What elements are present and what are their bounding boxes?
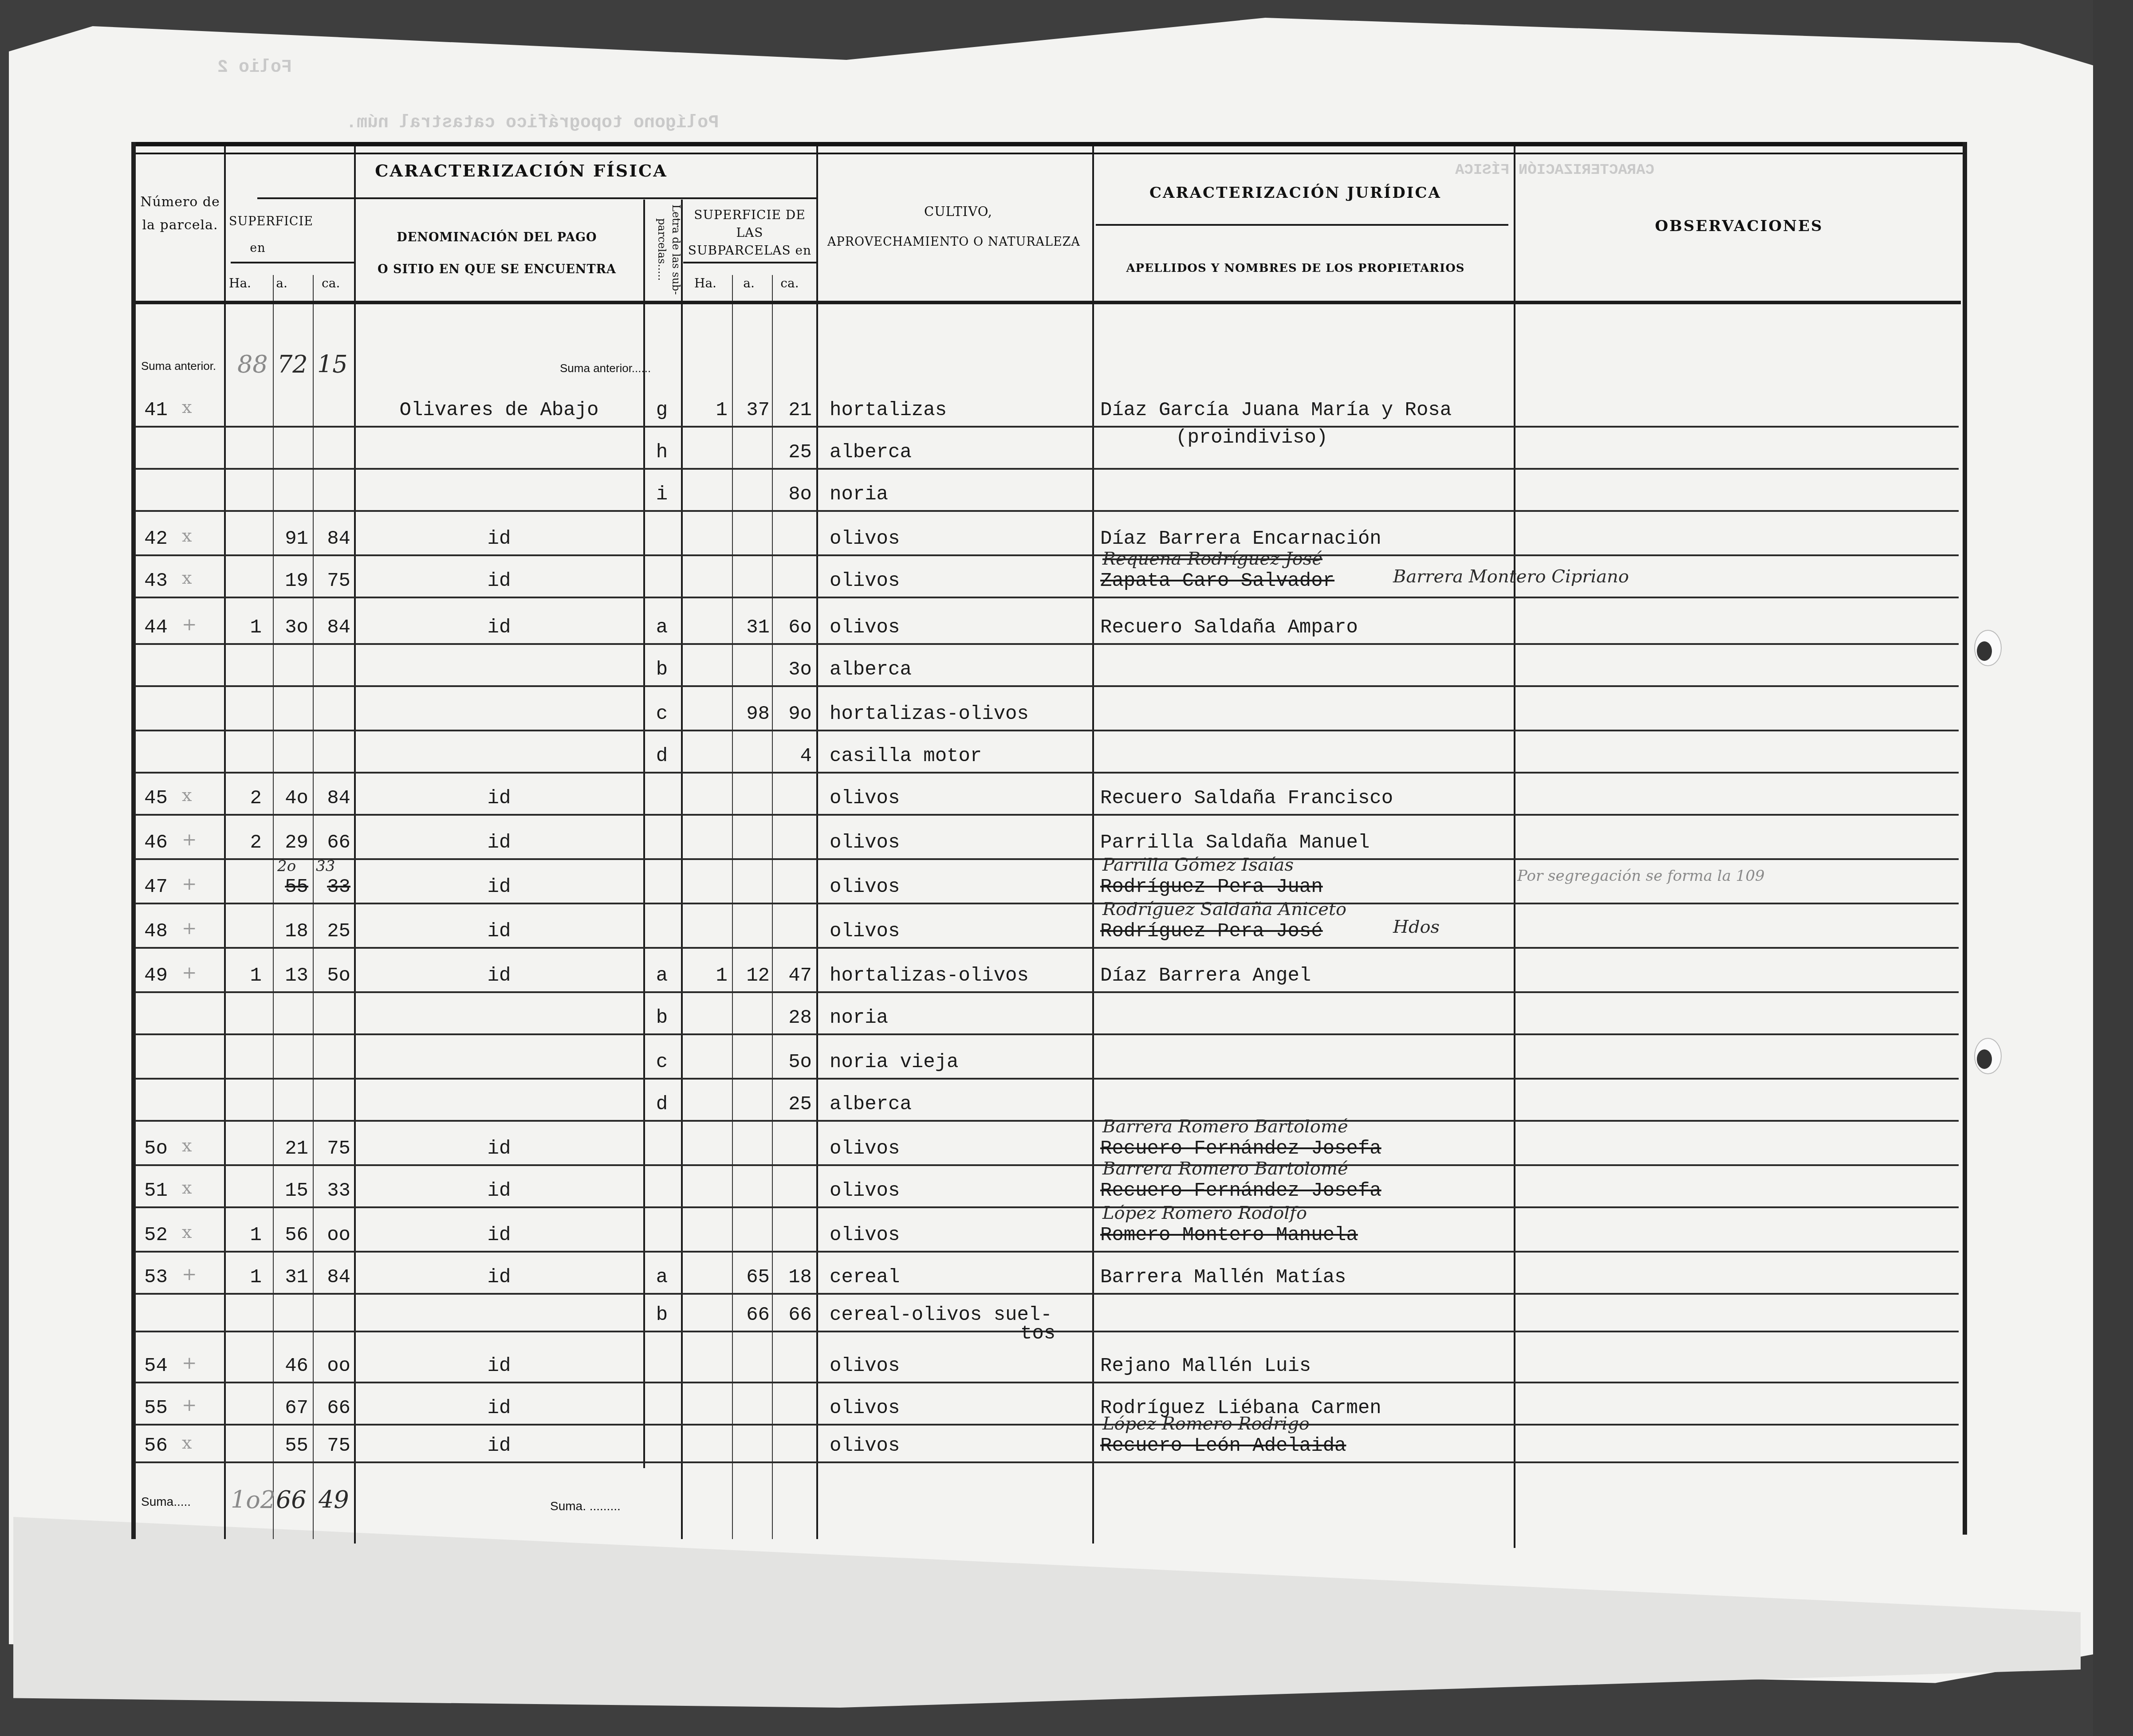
pago-name: id xyxy=(357,528,641,550)
cultivo: olivos xyxy=(830,1138,900,1160)
folio-mark: Folio 2 xyxy=(217,58,292,78)
cultivo: olivos xyxy=(830,1355,900,1377)
owner-name: Barrera Mallén Matías xyxy=(1100,1266,1346,1288)
subparcel-letter: a xyxy=(644,617,680,639)
area-a: 55 xyxy=(268,876,308,898)
cultivo: olivos xyxy=(830,1180,900,1202)
header-caracterizacion-fisica: CARACTERIZACIÓN FÍSICA xyxy=(226,161,816,181)
cultivo: alberca xyxy=(830,1093,912,1115)
owner-name: Parrilla Saldaña Manuel xyxy=(1100,832,1370,854)
area-ha: 2 xyxy=(231,832,262,854)
parcel-number: 43 xyxy=(144,570,168,592)
cultivo: cereal xyxy=(830,1266,900,1288)
row-rule xyxy=(135,772,1959,774)
polygon-line: Polígono topográfico catastral núm. xyxy=(346,113,719,133)
cultivo: cereal-olivos suel- xyxy=(830,1304,1052,1326)
handwritten-owner-note: Hdos xyxy=(1393,917,1440,937)
parcel-number: 56 xyxy=(144,1435,168,1457)
pago-name: id xyxy=(357,1266,641,1288)
area-ha: 1 xyxy=(231,1224,262,1246)
parcel-number: 49 xyxy=(144,965,168,987)
pago-name: id xyxy=(357,787,641,809)
owner-name: Rodríguez Pera José xyxy=(1100,920,1323,943)
row-rule xyxy=(135,468,1959,470)
row-divider xyxy=(135,301,1961,304)
check-mark-icon: x xyxy=(182,568,192,588)
row-rule xyxy=(135,730,1959,731)
cultivo: olivos xyxy=(830,920,900,943)
column-divider xyxy=(772,275,773,1539)
owner-name: Recuero Fernández Josefa xyxy=(1100,1138,1381,1160)
cultivo: olivos xyxy=(830,832,900,854)
cultivo: casilla motor xyxy=(830,745,982,767)
suma-ca: 49 xyxy=(319,1486,349,1514)
owner-note: (proindiviso) xyxy=(1176,427,1328,449)
area-a: 15 xyxy=(268,1180,308,1202)
cultivo: hortalizas-olivos xyxy=(830,965,1029,987)
area-ca: 5o xyxy=(311,965,350,987)
row-divider xyxy=(231,262,354,263)
suma-anterior-ca: 15 xyxy=(317,350,348,378)
row-rule xyxy=(135,597,1959,598)
header-superficie-subparcelas: SUPERFICIE DE LAS SUBPARCELAS en xyxy=(683,206,816,259)
check-mark-icon: x xyxy=(182,1433,192,1453)
subparcel-letter: h xyxy=(644,441,680,463)
check-mark-icon: + xyxy=(182,874,197,894)
check-mark-icon: + xyxy=(182,962,197,983)
area-a: 21 xyxy=(268,1138,308,1160)
header-denominacion-1: DENOMINACIÓN DEL PAGO xyxy=(355,231,639,244)
pago-name: id xyxy=(357,1138,641,1160)
pago-name: id xyxy=(357,876,641,898)
owner-name: Recuero León Adelaida xyxy=(1100,1435,1346,1457)
area-ca: 84 xyxy=(311,617,350,639)
cultivo: hortalizas xyxy=(830,399,947,421)
area-a: 4o xyxy=(268,787,308,809)
check-mark-icon: x xyxy=(182,785,192,805)
handwritten-owner: López Romero Rodrigo xyxy=(1102,1414,1310,1434)
subparcel-letter: b xyxy=(644,1304,680,1326)
area-ca: 75 xyxy=(311,570,350,592)
sub-area-a: 37 xyxy=(732,399,770,421)
owner-name: Díaz García Juana María y Rosa xyxy=(1100,399,1452,421)
area-ha: 1 xyxy=(231,1266,262,1288)
scanner-background xyxy=(2093,0,2133,1736)
cultivo-continuation: tos xyxy=(1020,1323,1055,1345)
area-ca: 84 xyxy=(311,528,350,550)
column-divider xyxy=(816,146,818,1539)
subparcel-letter: g xyxy=(644,399,680,421)
row-rule xyxy=(135,426,1959,428)
area-ca: 66 xyxy=(311,832,350,854)
parcel-number: 54 xyxy=(144,1355,168,1377)
area-a: 91 xyxy=(268,528,308,550)
row-rule xyxy=(135,1206,1959,1208)
owner-name: Rodríguez Pera Juan xyxy=(1100,876,1323,898)
handwritten-owner: Barrera Romero Bartolomé xyxy=(1102,1159,1348,1179)
check-mark-icon: + xyxy=(182,1395,197,1415)
check-mark-icon: + xyxy=(182,829,197,850)
area-a: 19 xyxy=(268,570,308,592)
row-divider xyxy=(1096,224,1508,226)
sub-area-ca: 47 xyxy=(772,965,812,987)
row-rule xyxy=(135,991,1959,993)
subparcel-letter: d xyxy=(644,1093,680,1115)
sub-area-ca: 8o xyxy=(772,483,812,506)
area-ca: 84 xyxy=(311,1266,350,1288)
area-a: 55 xyxy=(268,1435,308,1457)
check-mark-icon: + xyxy=(182,1264,197,1284)
area-a: 31 xyxy=(268,1266,308,1288)
area-a: 13 xyxy=(268,965,308,987)
row-rule xyxy=(135,1120,1959,1122)
cultivo: noria xyxy=(830,1007,888,1029)
parcel-number: 53 xyxy=(144,1266,168,1288)
area-ca: 75 xyxy=(311,1435,350,1457)
column-divider xyxy=(681,200,683,1539)
check-mark-icon: x xyxy=(182,1222,192,1242)
sub-area-ca: 5o xyxy=(772,1051,812,1073)
header-superficie: SUPERFICIE en xyxy=(229,208,287,262)
area-ca: 33 xyxy=(311,1180,350,1202)
column-divider xyxy=(224,146,226,1539)
row-rule xyxy=(135,1033,1959,1035)
sub-area-ca: 6o xyxy=(772,617,812,639)
subparcel-letter: a xyxy=(644,965,680,987)
pago-name: id xyxy=(357,832,641,854)
row-rule xyxy=(135,1461,1959,1463)
column-divider xyxy=(313,275,314,1539)
pago-name: id xyxy=(357,965,641,987)
area-ca-correction: 33 xyxy=(316,857,335,875)
pago-name: id xyxy=(357,570,641,592)
owner-name: Romero Montero Manuela xyxy=(1100,1224,1358,1246)
row-rule xyxy=(135,947,1959,949)
check-mark-icon: x xyxy=(182,1178,192,1198)
subparcel-letter: c xyxy=(644,1051,680,1073)
cultivo: olivos xyxy=(830,1435,900,1457)
area-a: 56 xyxy=(268,1224,308,1246)
row-rule xyxy=(135,1251,1959,1253)
pago-name: id xyxy=(357,920,641,943)
owner-name: Díaz Barrera Encarnación xyxy=(1100,528,1381,550)
area-a: 46 xyxy=(268,1355,308,1377)
area-ha: 2 xyxy=(231,787,262,809)
sub-area-ca: 25 xyxy=(772,1093,812,1115)
area-ha: 1 xyxy=(231,617,262,639)
sub-area-a: 12 xyxy=(732,965,770,987)
cultivo: noria vieja xyxy=(830,1051,958,1073)
parcel-number: 55 xyxy=(144,1397,168,1419)
sub-area-ca: 9o xyxy=(772,703,812,725)
sub-area-ca: 4 xyxy=(772,745,812,767)
parcel-number: 46 xyxy=(144,832,168,854)
header-ca: ca. xyxy=(322,276,339,291)
handwritten-owner: Requena Rodríguez José xyxy=(1102,549,1322,569)
row-rule xyxy=(135,1382,1959,1383)
check-mark-icon: x xyxy=(182,1135,192,1156)
pago-name: Olivares de Abajo xyxy=(357,399,641,421)
sub-area-ca: 28 xyxy=(772,1007,812,1029)
column-divider xyxy=(1514,146,1515,1548)
sub-area-a: 66 xyxy=(732,1304,770,1326)
column-divider xyxy=(354,146,356,1544)
row-rule xyxy=(135,685,1959,687)
row-rule xyxy=(135,814,1959,816)
cultivo: olivos xyxy=(830,787,900,809)
cultivo: olivos xyxy=(830,876,900,898)
area-ca: 75 xyxy=(311,1138,350,1160)
area-ca: 84 xyxy=(311,787,350,809)
header-sub-ca: ca. xyxy=(779,276,801,291)
area-ha: 1 xyxy=(231,965,262,987)
suma-anterior-label: Suma anterior. xyxy=(141,359,216,373)
header-propietarios: APELLIDOS Y NOMBRES DE LOS PROPIETARIOS xyxy=(1096,262,1495,275)
handwritten-owner: López Romero Rodolfo xyxy=(1102,1203,1307,1223)
sub-area-ca: 25 xyxy=(772,441,812,463)
parcel-number: 52 xyxy=(144,1224,168,1246)
subparcel-letter: d xyxy=(644,745,680,767)
cultivo: alberca xyxy=(830,441,912,463)
subparcel-letter: a xyxy=(644,1266,680,1288)
area-ca: oo xyxy=(311,1355,350,1377)
observation-note: Por segregación se forma la 109 xyxy=(1517,867,1765,885)
cultivo: olivos xyxy=(830,570,900,592)
cultivo: olivos xyxy=(830,1397,900,1419)
header-ha: Ha. xyxy=(229,276,247,291)
punch-hole-bottom xyxy=(1974,1038,2002,1074)
owner-name: Zapata Caro Salvador xyxy=(1100,570,1334,592)
area-ca: oo xyxy=(311,1224,350,1246)
header-denominacion-2: O SITIO EN QUE SE ENCUENTRA xyxy=(355,263,639,276)
row-divider xyxy=(257,197,816,199)
cultivo: olivos xyxy=(830,528,900,550)
pago-name: id xyxy=(357,1224,641,1246)
subparcel-letter: c xyxy=(644,703,680,725)
handwritten-owner: Parrilla Gómez Isaías xyxy=(1102,855,1294,875)
header-observaciones: OBSERVACIONES xyxy=(1517,217,1961,235)
area-ca: 66 xyxy=(311,1397,350,1419)
parcel-number: 41 xyxy=(144,399,168,421)
row-rule xyxy=(135,903,1959,904)
header-numero-parcela: Número de la parcela. xyxy=(136,191,224,237)
header-letra-subparcelas: Letra de las sub-parcelas..... xyxy=(655,202,683,297)
row-rule xyxy=(135,510,1959,512)
header-caracterizacion-juridica: CARACTERIZACIÓN JURÍDICA xyxy=(1096,184,1495,202)
parcel-number: 48 xyxy=(144,920,168,943)
punch-hole-top xyxy=(1974,630,2002,666)
column-divider xyxy=(732,275,733,1539)
parcel-number: 5o xyxy=(144,1138,168,1160)
suma-label-sub: Suma. ......... xyxy=(550,1499,621,1513)
suma-ha: 1o2 xyxy=(231,1486,275,1514)
cultivo: olivos xyxy=(830,1224,900,1246)
area-ca: 25 xyxy=(311,920,350,943)
sub-area-a: 98 xyxy=(732,703,770,725)
parcel-number: 45 xyxy=(144,787,168,809)
pago-name: id xyxy=(357,1355,641,1377)
pago-name: id xyxy=(357,1435,641,1457)
sub-area-ha: 1 xyxy=(683,399,728,421)
owner-name: Díaz Barrera Angel xyxy=(1100,965,1311,987)
header-a: a. xyxy=(275,276,288,291)
cultivo: olivos xyxy=(830,617,900,639)
sub-area-ha: 1 xyxy=(683,965,728,987)
pago-name: id xyxy=(357,617,641,639)
table-right-border xyxy=(1963,142,1967,1535)
check-mark-icon: x xyxy=(182,526,192,546)
cultivo: noria xyxy=(830,483,888,506)
suma-a: 66 xyxy=(276,1486,307,1514)
table-top-border xyxy=(131,142,1967,154)
handwritten-owner-note: Barrera Montero Cipriano xyxy=(1393,566,1629,587)
owner-name: Recuero Saldaña Francisco xyxy=(1100,787,1393,809)
area-a: 29 xyxy=(268,832,308,854)
suma-anterior-a: 72 xyxy=(277,350,308,378)
handwritten-owner: Barrera Romero Bartolomé xyxy=(1102,1116,1348,1137)
cultivo: hortalizas-olivos xyxy=(830,703,1029,725)
sub-area-ca: 3o xyxy=(772,659,812,681)
handwritten-owner: Rodríguez Saldaña Aniceto xyxy=(1102,899,1346,919)
header-cultivo-1: CULTIVO, xyxy=(825,204,1091,219)
suma-anterior-ha: 88 xyxy=(237,350,268,378)
table-left-border xyxy=(131,142,136,1539)
sub-area-a: 31 xyxy=(732,617,770,639)
sub-area-a: 65 xyxy=(732,1266,770,1288)
check-mark-icon: + xyxy=(182,1353,197,1373)
area-a: 18 xyxy=(268,920,308,943)
row-rule xyxy=(135,1164,1959,1166)
parcel-number: 47 xyxy=(144,876,168,898)
header-cultivo-2: APROVECHAMIENTO O NATURALEZA xyxy=(816,235,1091,249)
row-rule xyxy=(135,554,1959,556)
owner-name: Recuero Fernández Josefa xyxy=(1100,1180,1381,1202)
area-a: 67 xyxy=(268,1397,308,1419)
parcel-number: 44 xyxy=(144,617,168,639)
check-mark-icon: + xyxy=(182,918,197,939)
column-divider xyxy=(1092,146,1094,1544)
suma-anterior-label-sub: Suma anterior...... xyxy=(560,361,651,375)
column-divider xyxy=(273,275,274,1539)
check-mark-icon: + xyxy=(182,614,197,635)
row-rule xyxy=(135,1293,1959,1295)
row-rule xyxy=(135,1078,1959,1080)
cultivo: alberca xyxy=(830,659,912,681)
area-a-correction: 2o xyxy=(277,857,296,875)
subparcel-letter: b xyxy=(644,659,680,681)
pago-name: id xyxy=(357,1180,641,1202)
sub-area-ca: 66 xyxy=(772,1304,812,1326)
suma-label: Suma..... xyxy=(141,1495,191,1509)
area-ca: 33 xyxy=(311,876,350,898)
pago-name: id xyxy=(357,1397,641,1419)
row-divider xyxy=(683,262,816,263)
owner-name: Rejano Mallén Luis xyxy=(1100,1355,1311,1377)
check-mark-icon: x xyxy=(182,397,192,417)
row-rule xyxy=(135,858,1959,860)
header-sub-a: a. xyxy=(740,276,758,291)
row-rule xyxy=(135,643,1959,645)
subparcel-letter: i xyxy=(644,483,680,506)
area-a: 3o xyxy=(268,617,308,639)
row-rule xyxy=(135,1424,1959,1426)
owner-name: Recuero Saldaña Amparo xyxy=(1100,617,1358,639)
parcel-number: 51 xyxy=(144,1180,168,1202)
sub-area-ca: 21 xyxy=(772,399,812,421)
sub-area-ca: 18 xyxy=(772,1266,812,1288)
subparcel-letter: b xyxy=(644,1007,680,1029)
header-sub-ha: Ha. xyxy=(690,276,721,291)
parcel-number: 42 xyxy=(144,528,168,550)
